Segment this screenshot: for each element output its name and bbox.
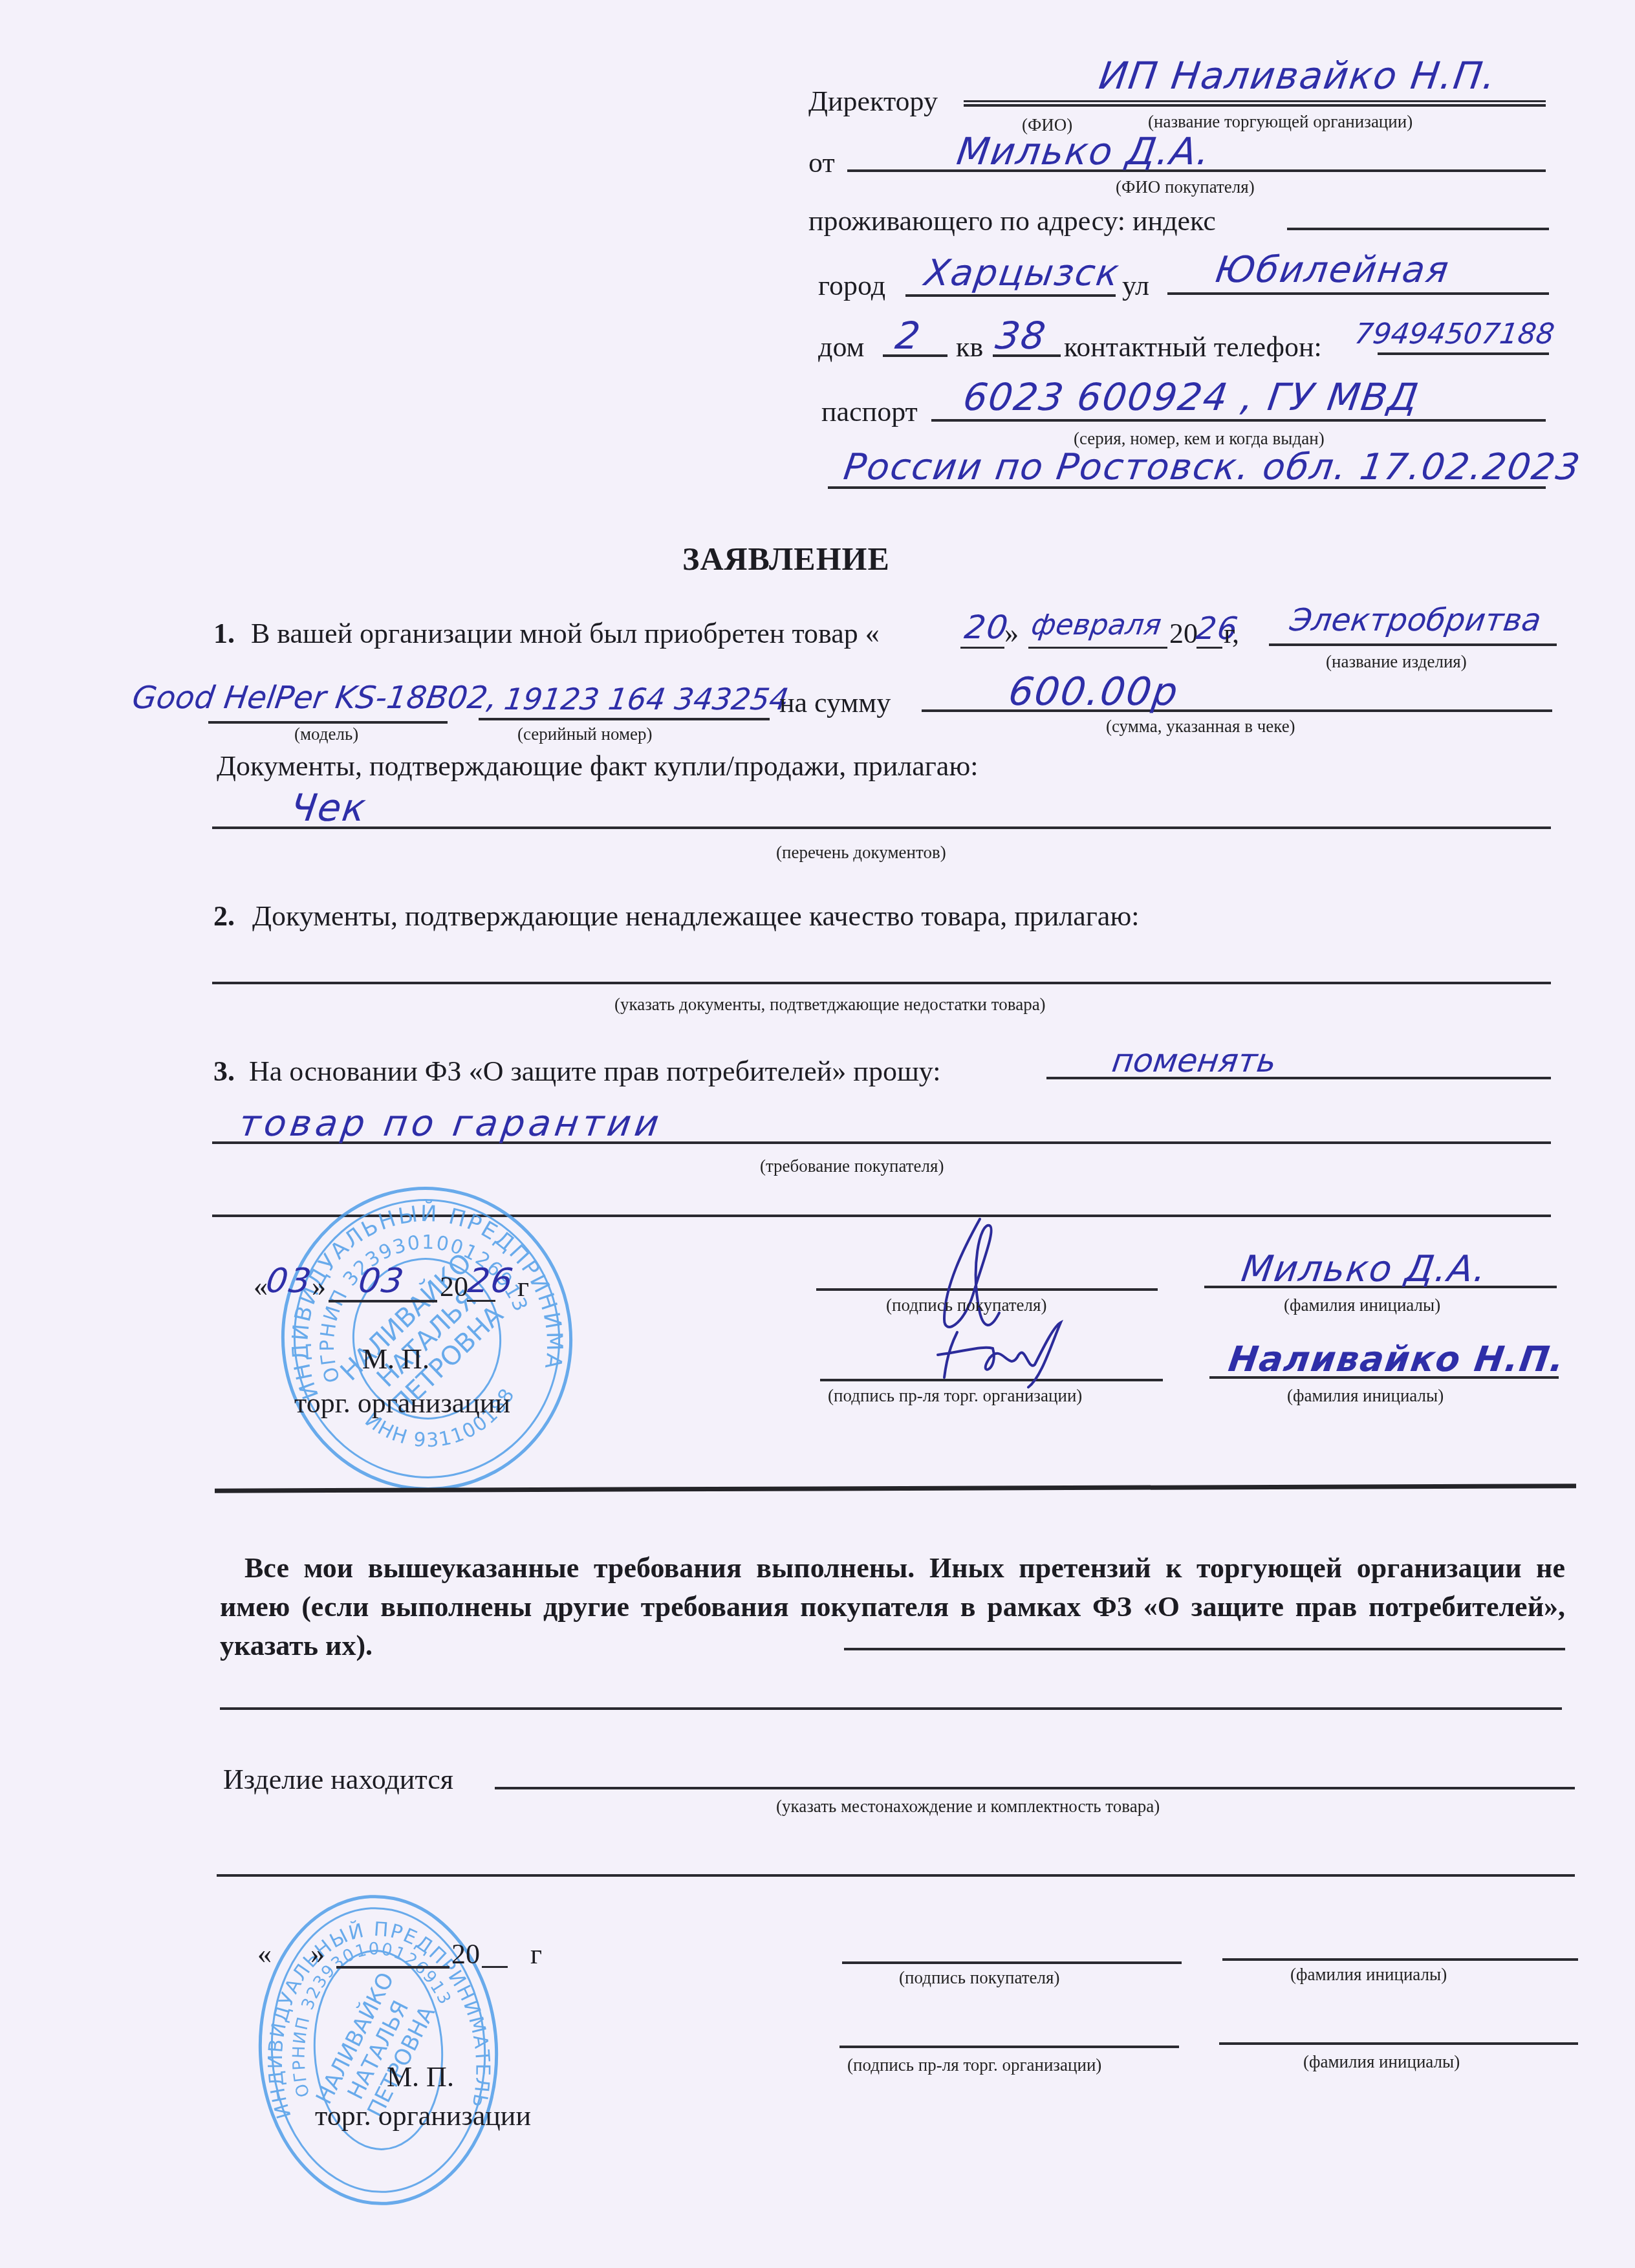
- sign2-buyer-signature-caption: (подпись покупателя): [899, 1969, 1059, 1987]
- sign2-month-field[interactable]: [336, 1966, 449, 1969]
- apt-label: кв: [956, 333, 983, 362]
- director-line-1: [964, 100, 1546, 102]
- docs-caption: (перечень документов): [776, 844, 946, 861]
- section-2-number: 2.: [213, 902, 235, 931]
- defect-docs-field[interactable]: [212, 982, 1551, 984]
- passport-caption: (серия, номер, кем и когда выдан): [1074, 430, 1325, 448]
- request-value-1: поменять: [1110, 1044, 1278, 1077]
- sign1-date-close: »: [312, 1273, 326, 1301]
- from-label: от: [808, 149, 835, 177]
- sign1-year-prefix: 20: [440, 1273, 468, 1301]
- sign1-year-value: 26: [466, 1264, 515, 1298]
- serial-caption: (серийный номер): [517, 726, 652, 743]
- defect-docs-caption: (указать документы, подтветджающие недос…: [614, 996, 1046, 1013]
- from-caption: (ФИО покупателя): [1116, 178, 1255, 196]
- house-label: дом: [818, 333, 864, 362]
- purchase-month-field[interactable]: [1028, 647, 1167, 649]
- model-field[interactable]: [208, 721, 448, 724]
- sum-label: на сумму: [779, 689, 891, 717]
- index-field[interactable]: [1287, 228, 1549, 230]
- location-caption: (указать местонахождение и комплектность…: [776, 1798, 1160, 1815]
- location-field-2[interactable]: [217, 1874, 1575, 1877]
- passport-label: паспорт: [821, 398, 918, 426]
- sign1-mp-org: торг. организации: [294, 1389, 510, 1418]
- director-value: ИП Наливайко Н.П.: [1097, 57, 1499, 94]
- director-field[interactable]: [964, 104, 1546, 107]
- purchase-year-suffix: г,: [1224, 620, 1239, 648]
- house-value: 2: [893, 317, 924, 354]
- buyer-name-caption: (фамилия инициалы): [1284, 1297, 1440, 1314]
- sign2-seller-name-caption: (фамилия инициалы): [1303, 2053, 1460, 2071]
- sign2-year-field[interactable]: [482, 1966, 508, 1968]
- from-value: Милько Д.А.: [955, 133, 1213, 170]
- street-value: Юбилейная: [1213, 252, 1452, 288]
- buyer-name-value: Милько Д.А.: [1239, 1251, 1489, 1288]
- phone-label: контактный телефон:: [1064, 333, 1322, 362]
- phone-value: 79494507188: [1353, 320, 1556, 349]
- other-requirements-field[interactable]: [844, 1648, 1565, 1650]
- passport-field[interactable]: [931, 419, 1546, 422]
- seller-name-value: Наливайко Н.П.: [1226, 1342, 1567, 1377]
- purchase-month-value: февраля: [1030, 611, 1163, 640]
- sign2-seller-signature-field[interactable]: [839, 2046, 1179, 2048]
- section-1-text: В вашей организации мной был приобретен …: [251, 620, 880, 648]
- organization-stamp: ИНДИВИДУАЛЬНЫЙ ПРЕДПРИНИМАТЕЛЬ ОГРНИП 32…: [266, 1172, 588, 1505]
- docs-value: Чек: [288, 789, 369, 826]
- purchase-day-value: 20: [962, 611, 1011, 643]
- sign2-year-suffix: г: [530, 1940, 542, 1969]
- sum-value: 600.00р: [1006, 673, 1181, 711]
- city-value: Харцызск: [922, 255, 1122, 292]
- phone-field[interactable]: [1378, 352, 1549, 355]
- model-value: Good HelPer KS-18B02,: [131, 682, 499, 713]
- sign1-mp-label: М. П.: [362, 1345, 429, 1374]
- section-3-text: На основании ФЗ «О защите прав потребите…: [249, 1057, 940, 1086]
- sign2-date-open: «: [257, 1940, 272, 1969]
- seller-name-caption: (фамилия инициалы): [1287, 1387, 1444, 1405]
- sign2-buyer-signature-field[interactable]: [842, 1961, 1182, 1964]
- section-1-number: 1.: [213, 620, 235, 648]
- passport-value-2: России по Ростовск. обл. 17.02.2023: [841, 449, 1583, 486]
- section-2-text: Документы, подтверждающие ненадлежащее к…: [252, 902, 1140, 931]
- product-field[interactable]: [1269, 643, 1557, 646]
- buyer-signature-caption: (подпись покупателя): [886, 1297, 1046, 1314]
- location-label: Изделие находится: [223, 1766, 453, 1794]
- location-field[interactable]: [495, 1787, 1575, 1789]
- product-value: Электробритва: [1288, 605, 1543, 636]
- seller-signature-caption: (подпись пр-ля торг. организации): [828, 1387, 1082, 1405]
- sign2-buyer-name-caption: (фамилия инициалы): [1290, 1966, 1447, 1983]
- document-title: ЗАЯВЛЕНИЕ: [682, 540, 890, 578]
- product-caption: (название изделия): [1326, 653, 1467, 671]
- city-label: город: [818, 272, 885, 300]
- request-caption: (требование покупателя): [760, 1158, 944, 1175]
- sum-caption: (сумма, указанная в чеке): [1106, 718, 1295, 735]
- request-value-2: товар по гарантии: [237, 1106, 665, 1142]
- apt-value: 38: [993, 317, 1049, 354]
- quote-close: »: [1004, 620, 1019, 648]
- sign2-seller-signature-caption: (подпись пр-ля торг. организации): [847, 2057, 1101, 2074]
- sign2-mp-label: М. П.: [387, 2063, 454, 2091]
- purchase-year-field[interactable]: [1196, 647, 1222, 649]
- sign2-mp-org: торг. организации: [315, 2102, 531, 2130]
- sign1-day-value: 03: [264, 1264, 314, 1298]
- serial-value: 19123 164 343254: [503, 684, 790, 714]
- sign2-seller-name-field[interactable]: [1219, 2042, 1578, 2045]
- purchase-day-field[interactable]: [960, 647, 1004, 649]
- sign2-date-close: »: [310, 1940, 325, 1969]
- director-label: Директору: [808, 87, 938, 116]
- address-label: проживающего по адресу: индекс: [808, 207, 1216, 235]
- model-caption: (модель): [294, 726, 358, 743]
- docs-label: Документы, подтверждающие факт купли/про…: [217, 752, 978, 781]
- purchase-year-prefix: 20: [1169, 620, 1198, 648]
- director-caption-org: (название торгующей организации): [1148, 113, 1413, 131]
- organization-stamp-2: ИНДИВИДУАЛЬНЫЙ ПРЕДПРИНИМАТЕЛЬ ОГРНИП 32…: [251, 1889, 506, 2212]
- sign2-year-prefix: 20: [451, 1940, 480, 1969]
- section-3-number: 3.: [213, 1057, 235, 1086]
- sign1-year-field[interactable]: [467, 1300, 495, 1302]
- sign2-buyer-name-field[interactable]: [1222, 1958, 1578, 1961]
- city-field[interactable]: [905, 294, 1116, 297]
- sign1-year-suffix: г: [517, 1273, 529, 1301]
- sign1-month-value: 03: [356, 1264, 406, 1298]
- seller-signature: [931, 1319, 1074, 1390]
- street-field[interactable]: [1167, 292, 1549, 295]
- docs-field[interactable]: [212, 826, 1551, 829]
- street-label: ул: [1122, 272, 1149, 300]
- passport-value-1: 6023 600924 , ГУ МВД: [961, 378, 1422, 416]
- other-requirements-field-2[interactable]: [220, 1707, 1562, 1710]
- serial-field[interactable]: [479, 718, 770, 720]
